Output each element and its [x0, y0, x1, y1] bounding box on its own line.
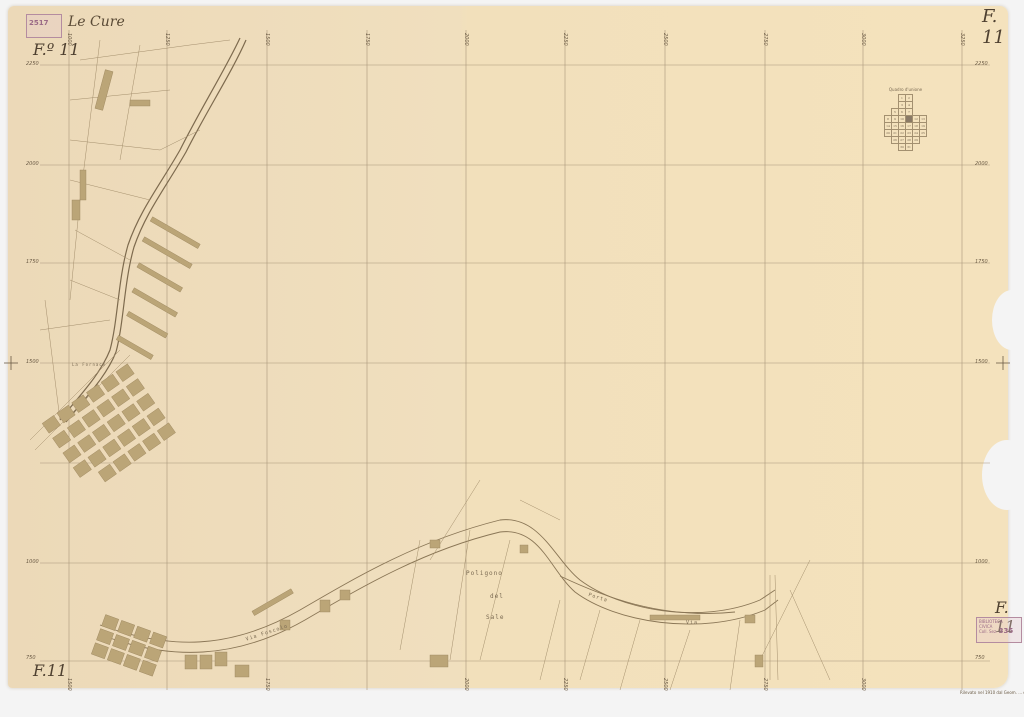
x-axis-label-bottom: 2000 — [463, 678, 469, 691]
place-label: La Fornace — [72, 362, 106, 367]
x-axis-label-top: 2000 — [463, 33, 469, 46]
x-axis-label-top: 1500 — [264, 33, 270, 46]
cadastral-map — [0, 0, 1024, 717]
x-axis-label-top: 3000 — [860, 33, 866, 46]
stamp-number: 335 — [999, 627, 1014, 635]
place-label: Sale — [486, 614, 504, 621]
place-label: Via — [686, 620, 698, 626]
keymap-grid: 12 34 567 89101213 141516171819 20212223… — [884, 94, 927, 151]
sheet-index-keymap: Quadro d'unione 12 34 567 89101213 14151… — [884, 87, 927, 151]
stamp-line: Coll. Sez. — [979, 629, 997, 634]
y-axis-label-right: 1750 — [975, 259, 988, 265]
place-label: Poligono — [466, 570, 503, 577]
y-axis-label-left: 1000 — [26, 559, 39, 565]
footnote: Rilevato nel 1910 dal Geom. ... dal Geom… — [960, 690, 1024, 695]
y-axis-label-right: 750 — [975, 655, 985, 661]
sheet-label-top-right: F. 11 — [982, 6, 1024, 48]
x-axis-label-top: 1000 — [66, 33, 72, 46]
x-axis-label-bottom: 1750 — [264, 678, 270, 691]
x-axis-label-top: 1250 — [164, 33, 170, 46]
grid-lines — [40, 30, 990, 690]
archive-stamp-bottom: BIBLIOTECA CIVICA Coll. Sez. 335 — [976, 617, 1022, 643]
y-axis-label-right: 2000 — [975, 161, 988, 167]
x-axis-label-bottom: 1500 — [66, 678, 72, 691]
x-axis-label-bottom: 2500 — [662, 678, 668, 691]
sheet-label-bottom-left: F.11 — [33, 661, 67, 680]
x-axis-label-top: 2750 — [762, 33, 768, 46]
y-axis-label-right: 1000 — [975, 559, 988, 565]
place-label: del — [490, 593, 504, 600]
y-axis-label-left: 2250 — [26, 61, 39, 67]
y-axis-label-left: 2000 — [26, 161, 39, 167]
archive-stamp-top: 2517 — [26, 14, 62, 38]
y-axis-label-right: 2250 — [975, 61, 988, 67]
y-axis-label-right: 1500 — [975, 359, 988, 365]
x-axis-label-bottom: 2250 — [562, 678, 568, 691]
map-title: Le Cure — [68, 14, 125, 30]
stamp-number: 2517 — [29, 21, 59, 26]
keymap-caption: Quadro d'unione — [884, 87, 927, 92]
x-axis-label-top: 2250 — [562, 33, 568, 46]
x-axis-label-top: 2500 — [662, 33, 668, 46]
x-axis-label-top: 3250 — [959, 33, 965, 46]
main-road — [100, 520, 778, 653]
x-axis-label-top: 1750 — [364, 33, 370, 46]
x-axis-label-bottom: 2750 — [762, 678, 768, 691]
y-axis-label-left: 750 — [26, 655, 36, 661]
sheet-label-top-left: F.º 11 — [33, 40, 80, 59]
y-axis-label-left: 1750 — [26, 259, 39, 265]
x-axis-label-bottom: 3000 — [860, 678, 866, 691]
y-axis-label-left: 1500 — [26, 359, 39, 365]
